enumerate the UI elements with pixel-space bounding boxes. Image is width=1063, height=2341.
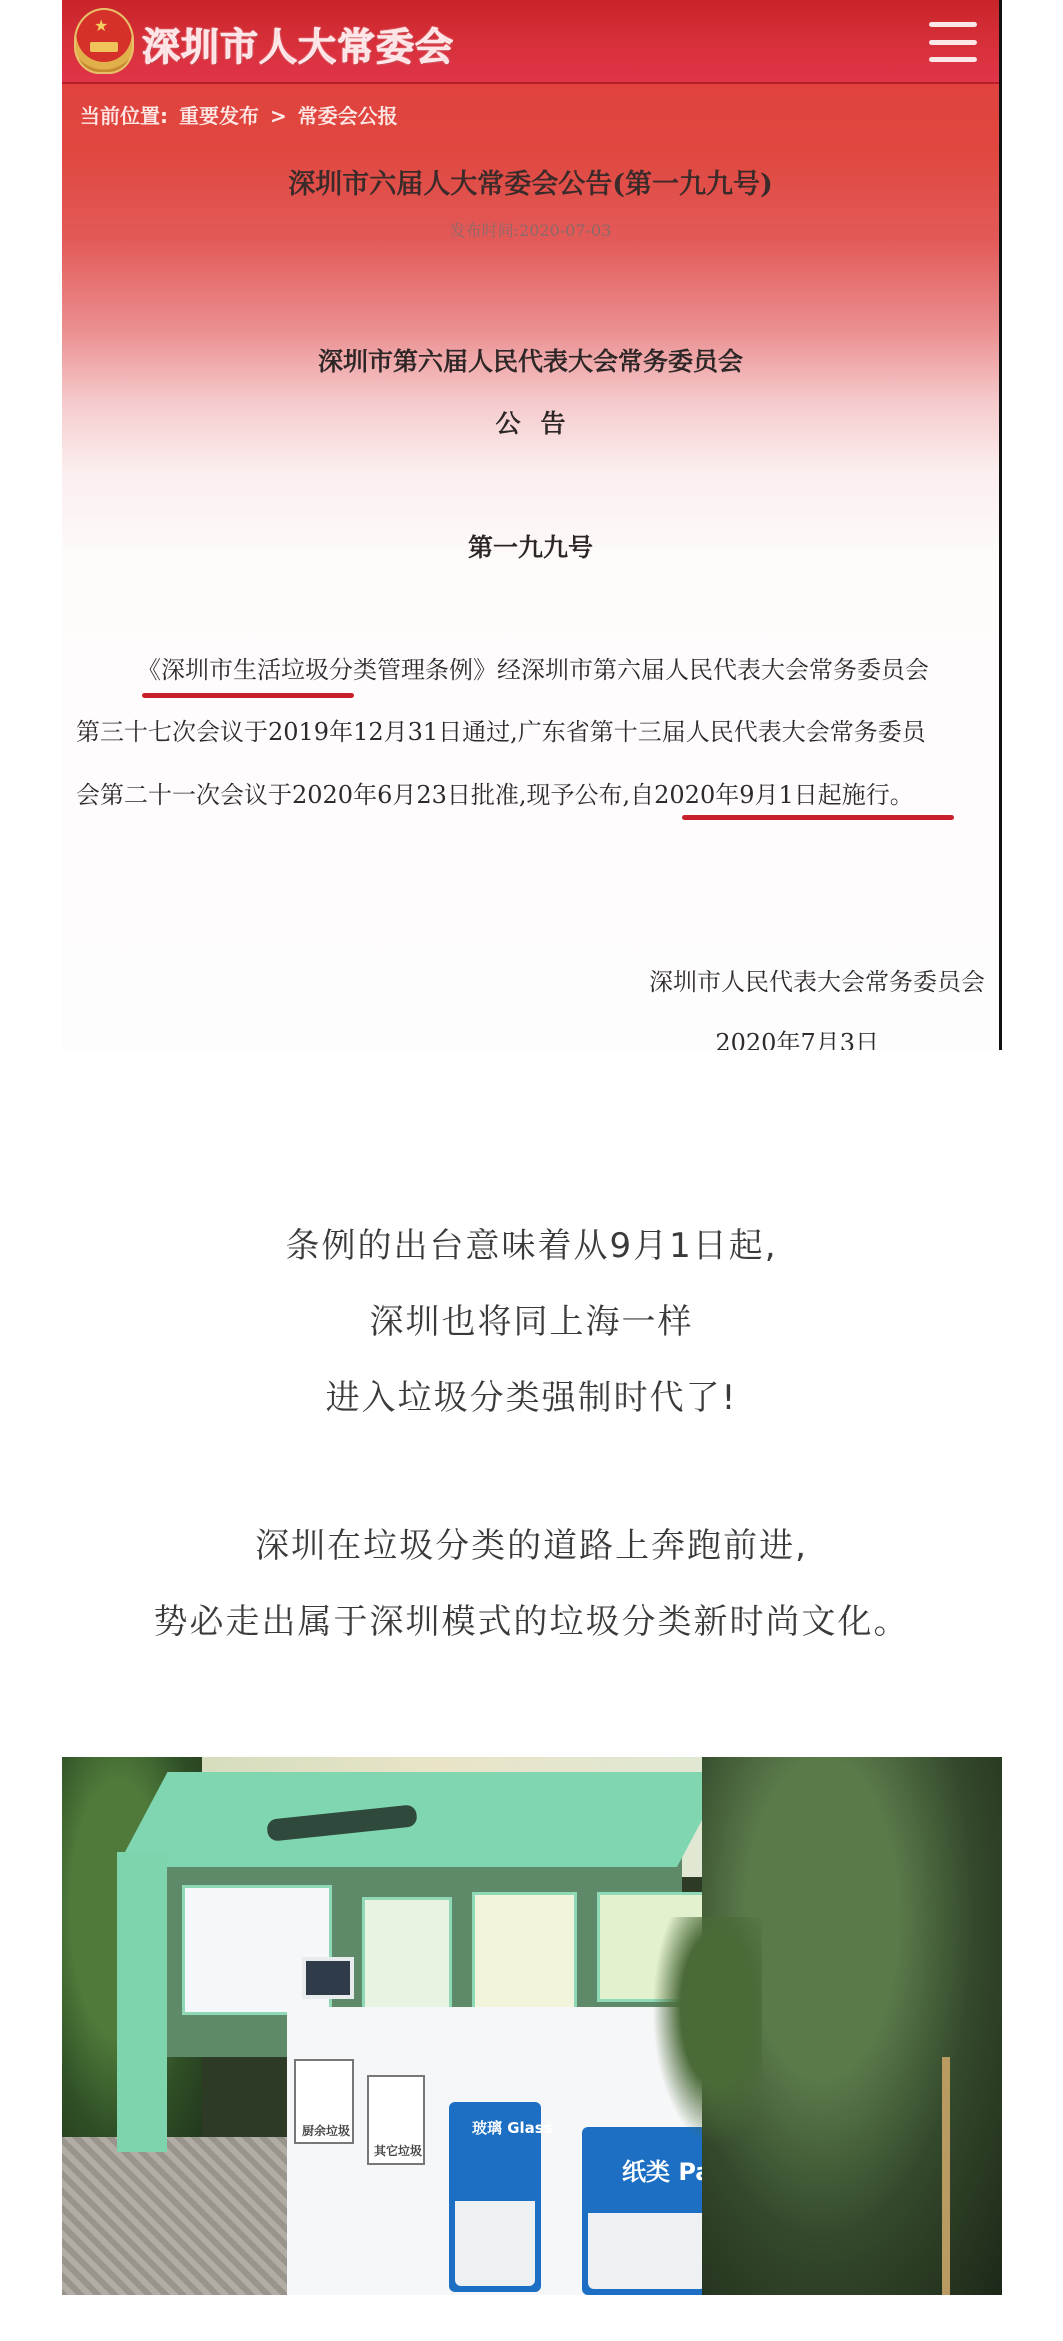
highlight-underline-effective-date — [682, 815, 954, 820]
caption-line: 深圳在垃圾分类的道路上奔跑前进, — [0, 1518, 1063, 1567]
caption-line: 条例的出台意味着从9月1日起, — [0, 1218, 1063, 1267]
kiosk-touchscreen — [302, 1957, 354, 1999]
caption-line: 势必走出属于深圳模式的垃圾分类新时尚文化。 — [0, 1594, 1063, 1643]
site-title: 深圳市人大常委会 — [142, 16, 454, 71]
caption-line: 深圳也将同上海一样 — [0, 1294, 1063, 1343]
info-panel — [362, 1897, 452, 2017]
signed-date: 2020年7月3日 — [715, 1023, 879, 1050]
breadcrumb: 当前位置: 重要发布 > 常委会公报 — [80, 100, 402, 129]
recycling-station-photo: 厨余垃圾 其它垃圾 玻璃 Glass 纸类 Paper — [62, 1757, 1002, 2295]
highlight-underline-regulation-title — [142, 693, 354, 698]
info-panel — [472, 1892, 577, 2017]
body-line-1: 《深圳市生活垃圾分类管理条例》经深圳市第六届人民代表大会常务委员会 — [137, 650, 929, 685]
tree-trunk — [942, 2057, 950, 2295]
breadcrumb-item-important-release[interactable]: 重要发布 — [179, 104, 259, 128]
issuer-heading: 深圳市第六届人民代表大会常务委员会 — [62, 342, 999, 378]
notice-screenshot-image: 深圳市人大常委会 当前位置: 重要发布 > 常委会公报 深圳市六届人大常委会公告… — [62, 0, 1002, 1050]
national-emblem-icon — [74, 8, 134, 74]
kiosk-side-panel — [117, 1852, 167, 2152]
document-title: 深圳市六届人大常委会公告(第一九九号) — [62, 162, 999, 201]
site-header: 深圳市人大常委会 — [62, 0, 999, 84]
signatory: 深圳市人民代表大会常务委员会 — [649, 962, 985, 997]
caption-line: 进入垃圾分类强制时代了! — [0, 1370, 1063, 1419]
body-line-3: 会第二十一次会议于2020年6月23日批准,现予公布,自2020年9月1日起施行… — [76, 775, 914, 810]
publish-date: 发布时间:2020-07-03 — [62, 218, 999, 241]
tree-leaves — [652, 1917, 762, 2147]
notice-number: 第一九九号 — [62, 528, 999, 564]
hamburger-menu-icon[interactable] — [929, 22, 977, 62]
breadcrumb-separator: > — [270, 104, 287, 128]
breadcrumb-item-bulletin[interactable]: 常委会公报 — [298, 104, 398, 128]
kitchen-waste-text: 厨余垃圾 — [302, 2122, 350, 2139]
other-waste-text: 其它垃圾 — [374, 2142, 422, 2159]
kiosk-roof — [117, 1772, 728, 1867]
notice-word: 公告 — [62, 404, 999, 440]
breadcrumb-label: 当前位置: — [80, 104, 168, 128]
glass-bin-label: 玻璃 Glass — [472, 2117, 553, 2138]
body-line-2: 第三十七次会议于2019年12月31日通过,广东省第十三届人民代表大会常务委员 — [76, 712, 926, 747]
